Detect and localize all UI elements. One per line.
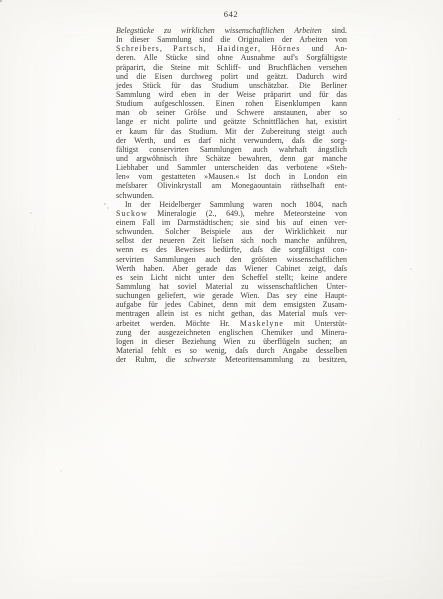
text-line: wenn es des Beweises bedürfte, daſs die … [116,245,347,254]
text-line: der Werth, und es darf nicht verwundern,… [116,136,347,145]
text-run: schwunden. Solcher Beispiele aus der Wir… [116,227,347,236]
text-run: , [160,44,173,53]
text-run: Werth haben. Aber gerade das Wiener Cabi… [116,264,347,273]
italic-phrase: Belegstücke zu wirklichen wissenschaftli… [116,26,322,35]
text-line: und argwöhnisch ihre Schätze bewahren, d… [116,154,347,163]
text-run: Liebhaber und Sammler unterscheiden das … [116,163,347,172]
text-line: selbst der neueren Zeit lieſsen sich noc… [116,236,347,245]
text-run: Mineralogie (2., 649.), mehre Meteorstei… [148,209,347,218]
text-run: schwunden. [116,191,154,200]
text-run: deren. Alle Stücke sind ohne Ausnahme au… [116,53,347,62]
text-run: lange er nicht polirte und geätzte Schni… [116,117,347,126]
text-run: Sammlung hat soviel Material zu wissensc… [116,282,347,291]
text-line: len« vom gestatteten »Mausen.« Ist doch … [116,172,347,181]
text-line: servirten Sammlungen auch den gröſsten w… [116,255,347,264]
text-line: aufgabe für jedes Cabinet, denn mit dem … [116,300,347,309]
italic-phrase: schwerste [185,355,216,364]
text-line: logen in dieser Beziehung Wien zu überfl… [116,337,347,346]
text-line: der Ruhm, die schwerste Meteoritensammlu… [116,355,347,364]
text-run: Material fehlt es so wenig, daſs durch A… [116,346,347,355]
text-line: Sammlung hat soviel Material zu wissensc… [116,282,347,291]
text-line: arbeitet werden. Möchte Hr. Maskelyne mi… [116,319,347,328]
person-name: Partsch [173,44,204,53]
text-line: Werth haben. Aber gerade das Wiener Cabi… [116,264,347,273]
text-run: aufgabe für jedes Cabinet, denn mit dem … [116,300,347,309]
scan-specks [0,0,2,2]
text-line: Belegstücke zu wirklichen wissenschaftli… [116,26,347,35]
text-line: In dieser Sammlung sind die Originalien … [116,35,347,44]
text-run: er kaum für das Studium. Mit der Zuberei… [116,127,347,136]
text-line: schwunden. [116,191,347,200]
text-line: lange er nicht polirte und geätzte Schni… [116,117,347,126]
text-run: , [258,44,271,53]
text-line: einem Fall im Darmstädtischen; sie sind … [116,218,347,227]
text-run: , [204,44,217,53]
text-run: einem Fall im Darmstädtischen; sie sind … [116,218,347,227]
text-line: Liebhaber und Sammler unterscheiden das … [116,163,347,172]
text-run: und argwöhnisch ihre Schätze bewahren, d… [116,154,347,163]
text-line: und die Eisen durchweg polirt und geätzt… [116,72,347,81]
text-run: len« vom gestatteten »Mausen.« Ist doch … [116,172,347,181]
text-run: In der Heidelberger Sammlung waren noch … [125,200,347,209]
text-line: präparirt, die Steine mit Schliff- und B… [116,63,347,72]
text-line: Material fehlt es so wenig, daſs durch A… [116,346,347,355]
text-run: Meteoritensammlung zu besitzen, [216,355,347,364]
text-line: In der Heidelberger Sammlung waren noch … [116,200,347,209]
page-text: Belegstücke zu wirklichen wissenschaftli… [116,26,347,364]
text-line: er kaum für das Studium. Mit der Zuberei… [116,127,347,136]
paragraph: Belegstücke zu wirklichen wissenschaftli… [116,26,347,200]
text-line: Suckow Mineralogie (2., 649.), mehre Met… [116,209,347,218]
text-run: Studium aufgeschlossen. Einen rohen Eise… [116,99,347,108]
text-run: In dieser Sammlung sind die Originalien … [116,35,347,44]
person-name: Haidinger [217,44,258,53]
text-run: sind. [322,26,347,35]
text-run: jedes Stück für das Studium unschätzbar.… [116,81,347,90]
person-name: Suckow [116,209,148,218]
text-run: Sammlung wird eben in der Weise präparir… [116,90,347,99]
text-run: präparirt, die Steine mit Schliff- und B… [116,63,347,72]
person-name: Hörnes [271,44,300,53]
text-line: mentragen allein ist es nicht gethan, da… [116,309,347,318]
person-name: Schreibers [116,44,160,53]
text-run: fältigst conservirten Sammlungen auch wa… [116,145,347,154]
text-run: wenn es des Beweises bedürfte, daſs die … [116,245,347,254]
text-line: man ob seiner Gröſse und Schwere anstaun… [116,108,347,117]
page-number: 642 [116,9,346,19]
text-run: man ob seiner Gröſse und Schwere anstaun… [116,108,347,117]
text-run: der Werth, und es darf nicht verwundern,… [116,136,347,145]
text-run: es sein Licht nicht unter den Scheffel s… [116,273,347,282]
text-run: der Ruhm, die [116,355,185,364]
text-line: deren. Alle Stücke sind ohne Ausnahme au… [116,53,347,62]
text-line: suchungen geliefert, wie gerade Wien. Da… [116,291,347,300]
text-run: servirten Sammlungen auch den gröſsten w… [116,255,347,264]
text-run: meſsbarer Olivinkrystall am Monegaountai… [116,181,347,190]
text-line: zung der ausgezeichneten englischen Chem… [116,328,347,337]
text-run: zung der ausgezeichneten englischen Chem… [116,328,347,337]
page: 642 Belegstücke zu wirklichen wissenscha… [0,0,443,599]
text-run: mit Unterstüt- [284,319,347,328]
text-run: suchungen geliefert, wie gerade Wien. Da… [116,291,347,300]
text-run: arbeitet werden. Möchte Hr. [116,319,240,328]
text-run: und die Eisen durchweg polirt und geätzt… [116,72,347,81]
text-run: und An- [301,44,348,53]
text-line: Studium aufgeschlossen. Einen rohen Eise… [116,99,347,108]
text-line: schwunden. Solcher Beispiele aus der Wir… [116,227,347,236]
person-name: Maskelyne [240,319,284,328]
text-line: Sammlung wird eben in der Weise präparir… [116,90,347,99]
text-run: logen in dieser Beziehung Wien zu überfl… [116,337,347,346]
text-run: mentragen allein ist es nicht gethan, da… [116,309,347,318]
paragraph: In der Heidelberger Sammlung waren noch … [116,200,347,365]
text-line: Schreibers, Partsch, Haidinger, Hörnes u… [116,44,347,53]
text-line: fältigst conservirten Sammlungen auch wa… [116,145,347,154]
text-line: meſsbarer Olivinkrystall am Monegaountai… [116,181,347,190]
text-line: es sein Licht nicht unter den Scheffel s… [116,273,347,282]
text-line: jedes Stück für das Studium unschätzbar.… [116,81,347,90]
text-run: selbst der neueren Zeit lieſsen sich noc… [116,236,347,245]
